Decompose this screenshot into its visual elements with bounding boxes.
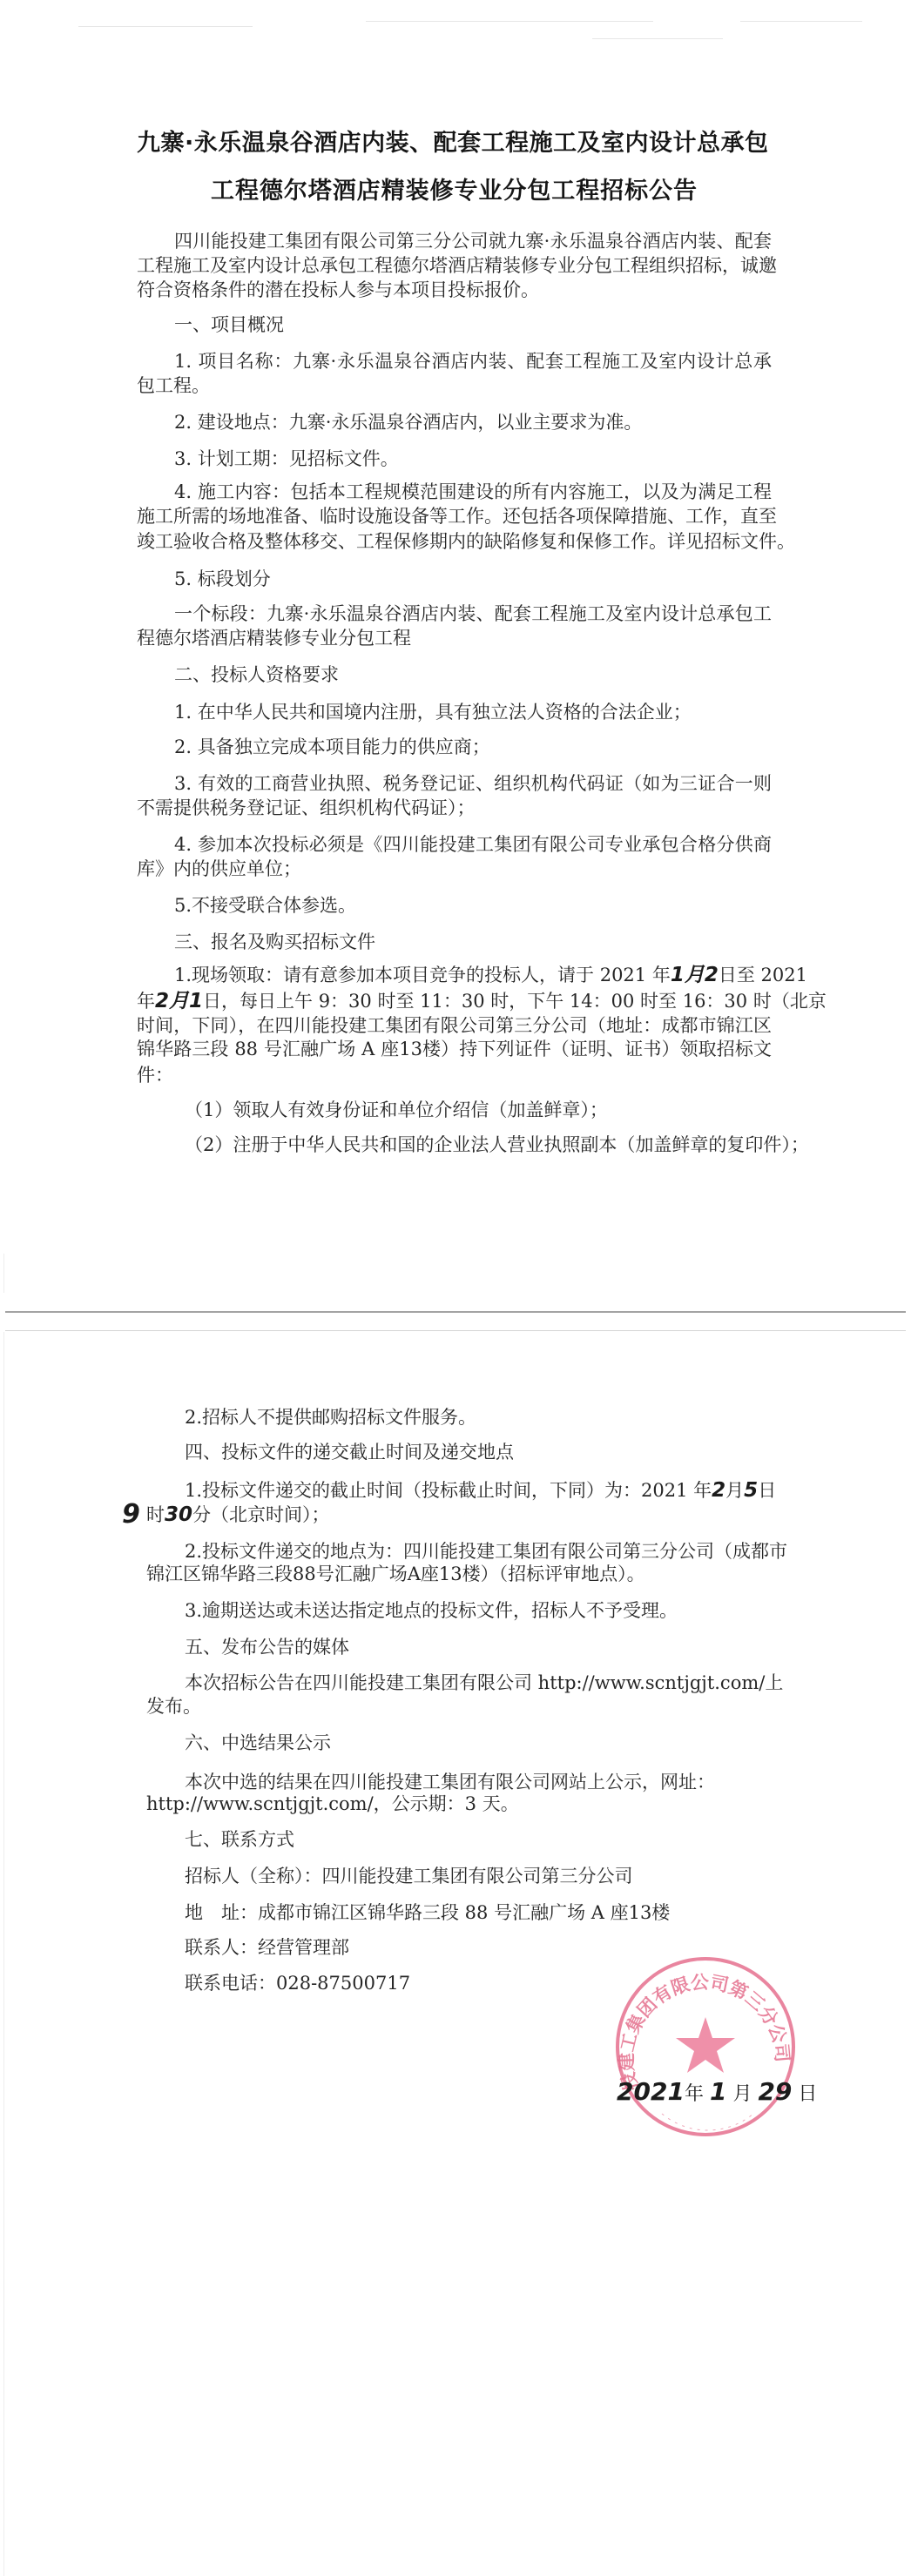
registration-line: 1.现场领取：请有意参加本项目竞争的投标人，请于 2021 年1月2日至 202… — [174, 963, 772, 987]
lot-division-line: 一个标段：九寨·永乐温泉谷酒店内装、配套工程施工及室内设计总承包工 — [174, 602, 772, 626]
required-document-item: （1）领取人有效身份证和单位介绍信（加盖鲜章）； — [185, 1098, 772, 1122]
lot-division-line: 程德尔塔酒店精装修专业分包工程 — [137, 626, 772, 650]
contact-address: 地 址：成都市锦江区锦华路三段 88 号汇融广场 A 座13楼 — [185, 1900, 775, 1925]
scan-edge — [3, 1254, 4, 1293]
scan-artifact — [740, 21, 862, 22]
handwritten-month: 1 — [710, 2077, 726, 2106]
submission-location-line: 锦江区锦华路三段88号汇融广场A座13楼）（招标评审地点）。 — [146, 1562, 775, 1586]
handwritten-year: 2021 — [617, 2077, 685, 2106]
handwritten-deadline-month: 2 — [712, 1479, 725, 1502]
section-heading-submission: 四、投标文件的递交截止时间及递交地点 — [185, 1440, 775, 1464]
scan-artifact — [592, 38, 723, 39]
planned-duration: 3. 计划工期：见招标文件。 — [174, 447, 772, 471]
qualification-item: 4. 参加本次投标必须是《四川能投建工集团有限公司专业承包合格分供商 — [174, 832, 772, 857]
qualification-item: 2. 具备独立完成本项目能力的供应商； — [174, 735, 772, 759]
section-heading-project-overview: 一、项目概况 — [174, 313, 772, 337]
intro-line: 符合资格条件的潜在投标人参与本项目投标报价。 — [137, 278, 772, 302]
handwritten-deadline-day: 5 — [744, 1479, 758, 1502]
scan-artifact — [78, 26, 253, 27]
section-heading-result: 六、中选结果公示 — [185, 1731, 775, 1755]
result-line: 本次中选的结果在四川能投建工集团有限公司网站上公示，网址： — [185, 1770, 775, 1794]
section-heading-media: 五、发布公告的媒体 — [185, 1635, 775, 1659]
qualification-item: 1. 在中华人民共和国境内注册，具有独立法人资格的合法企业； — [174, 700, 772, 724]
contact-tenderer: 招标人（全称）：四川能投建工集团有限公司第三分公司 — [185, 1864, 775, 1888]
deadline-text: 分（北京时间）； — [192, 1504, 330, 1525]
construction-content-line: 4. 施工内容：包括本工程规模范围建设的所有内容施工，以及为满足工程 — [174, 480, 772, 504]
qualification-item: 不需提供税务登记证、组织机构代码证）； — [137, 796, 772, 820]
document-title-line-2: 工程德尔塔酒店精装修专业分包工程招标公告 — [211, 177, 697, 206]
signature-date: 2021年 1 月 29 日 — [617, 2077, 817, 2107]
deadline-text: 月 — [725, 1480, 744, 1501]
required-document-item: （2）注册于中华人民共和国的企业法人营业执照副本（加盖鲜章的复印件）； — [185, 1133, 772, 1157]
handwritten-deadline-minute: 30 — [165, 1503, 192, 1526]
date-unit: 日 — [798, 2083, 817, 2105]
date-unit: 月 — [732, 2083, 752, 2105]
scan-artifact — [366, 21, 653, 22]
deadline-text: 1.投标文件递交的截止时间（投标截止时间，下同）为：2021 年 — [185, 1480, 712, 1501]
registration-text: 年 — [137, 991, 155, 1012]
registration-line: 锦华路三段 88 号汇融广场 A 座13楼）持下列证件（证明、证书）领取招标文 — [137, 1037, 772, 1061]
project-name-line: 包工程。 — [137, 373, 772, 398]
star-icon — [676, 2017, 735, 2073]
registration-text: 1.现场领取：请有意参加本项目竞争的投标人，请于 2021 年 — [174, 965, 671, 985]
scan-edge — [3, 1332, 4, 2576]
qualification-item: 库》内的供应单位； — [137, 857, 772, 881]
result-line: http://www.scntjgjt.com/，公示期：3 天。 — [146, 1792, 775, 1816]
section-heading-registration: 三、报名及购买招标文件 — [174, 930, 772, 954]
project-name-line: 1. 项目名称：九寨·永乐温泉谷酒店内装、配套工程施工及室内设计总承 — [174, 349, 772, 373]
page-break — [5, 1330, 906, 1331]
media-line: 本次招标公告在四川能投建工集团有限公司 http://www.scntjgjt.… — [185, 1671, 775, 1695]
registration-line: 件： — [137, 1063, 772, 1087]
handwritten-start-date: 1月2 — [671, 964, 719, 986]
qualification-item: 3. 有效的工商营业执照、税务登记证、组织机构代码证（如为三证合一则 — [174, 771, 772, 796]
qualification-item: 5.不接受联合体参选。 — [174, 893, 772, 918]
construction-content-line: 竣工验收合格及整体移交、工程保修期内的缺陷修复和保修工作。详见招标文件。 — [137, 529, 772, 554]
deadline-line: 时30分（北京时间）； — [146, 1503, 775, 1527]
construction-content-line: 施工所需的场地准备、临时设施设备等工作。还包括各项保障措施、工作，直至 — [137, 504, 772, 528]
deadline-line: 1.投标文件递交的截止时间（投标截止时间，下同）为：2021 年2月5日 — [185, 1478, 775, 1503]
media-line: 发布。 — [146, 1694, 775, 1718]
construction-site: 2. 建设地点：九寨·永乐温泉谷酒店内，以业主要求为准。 — [174, 410, 772, 434]
registration-line: 时间，下同），在四川能投建工集团有限公司第三分公司（地址：成都市锦江区 — [137, 1013, 772, 1038]
registration-line: 年2月1日，每日上午 9：30 时至 11：30 时，下午 14：00 时至 1… — [137, 989, 772, 1013]
intro-line: 工程施工及室内设计总承包工程德尔塔酒店精装修专业分包工程组织招标，诚邀 — [137, 253, 772, 278]
handwritten-end-date: 2月1 — [155, 990, 203, 1012]
lot-division-heading: 5. 标段划分 — [174, 567, 772, 591]
intro-line: 四川能投建工集团有限公司第三分公司就九寨·永乐温泉谷酒店内装、配套 — [174, 229, 772, 253]
submission-location-line: 2.投标文件递交的地点为：四川能投建工集团有限公司第三分公司（成都市 — [185, 1539, 775, 1564]
registration-text: 日至 2021 — [719, 965, 807, 985]
page-break — [5, 1311, 906, 1313]
section-heading-qualifications: 二、投标人资格要求 — [174, 662, 772, 687]
company-seal: 投建工集团有限公司第三分公司 — [610, 1953, 801, 2144]
document-title-line-1: 九寨·永乐温泉谷酒店内装、配套工程施工及室内设计总承包 — [137, 129, 768, 158]
registration-item: 2.招标人不提供邮购招标文件服务。 — [185, 1405, 775, 1429]
handwritten-deadline-hour: 9 — [122, 1499, 140, 1530]
late-submission-note: 3.逾期送达或未送达指定地点的投标文件，招标人不予受理。 — [185, 1598, 775, 1623]
deadline-text: 时 — [146, 1504, 165, 1525]
handwritten-day: 29 — [758, 2077, 792, 2106]
deadline-text: 日 — [758, 1480, 776, 1501]
section-heading-contact: 七、联系方式 — [185, 1827, 775, 1852]
date-unit: 年 — [685, 2083, 704, 2105]
registration-text: 日，每日上午 9：30 时至 11：30 时，下午 14：00 时至 16：30… — [203, 991, 827, 1012]
scanned-document: 九寨·永乐温泉谷酒店内装、配套工程施工及室内设计总承包 工程德尔塔酒店精装修专业… — [0, 0, 911, 2576]
